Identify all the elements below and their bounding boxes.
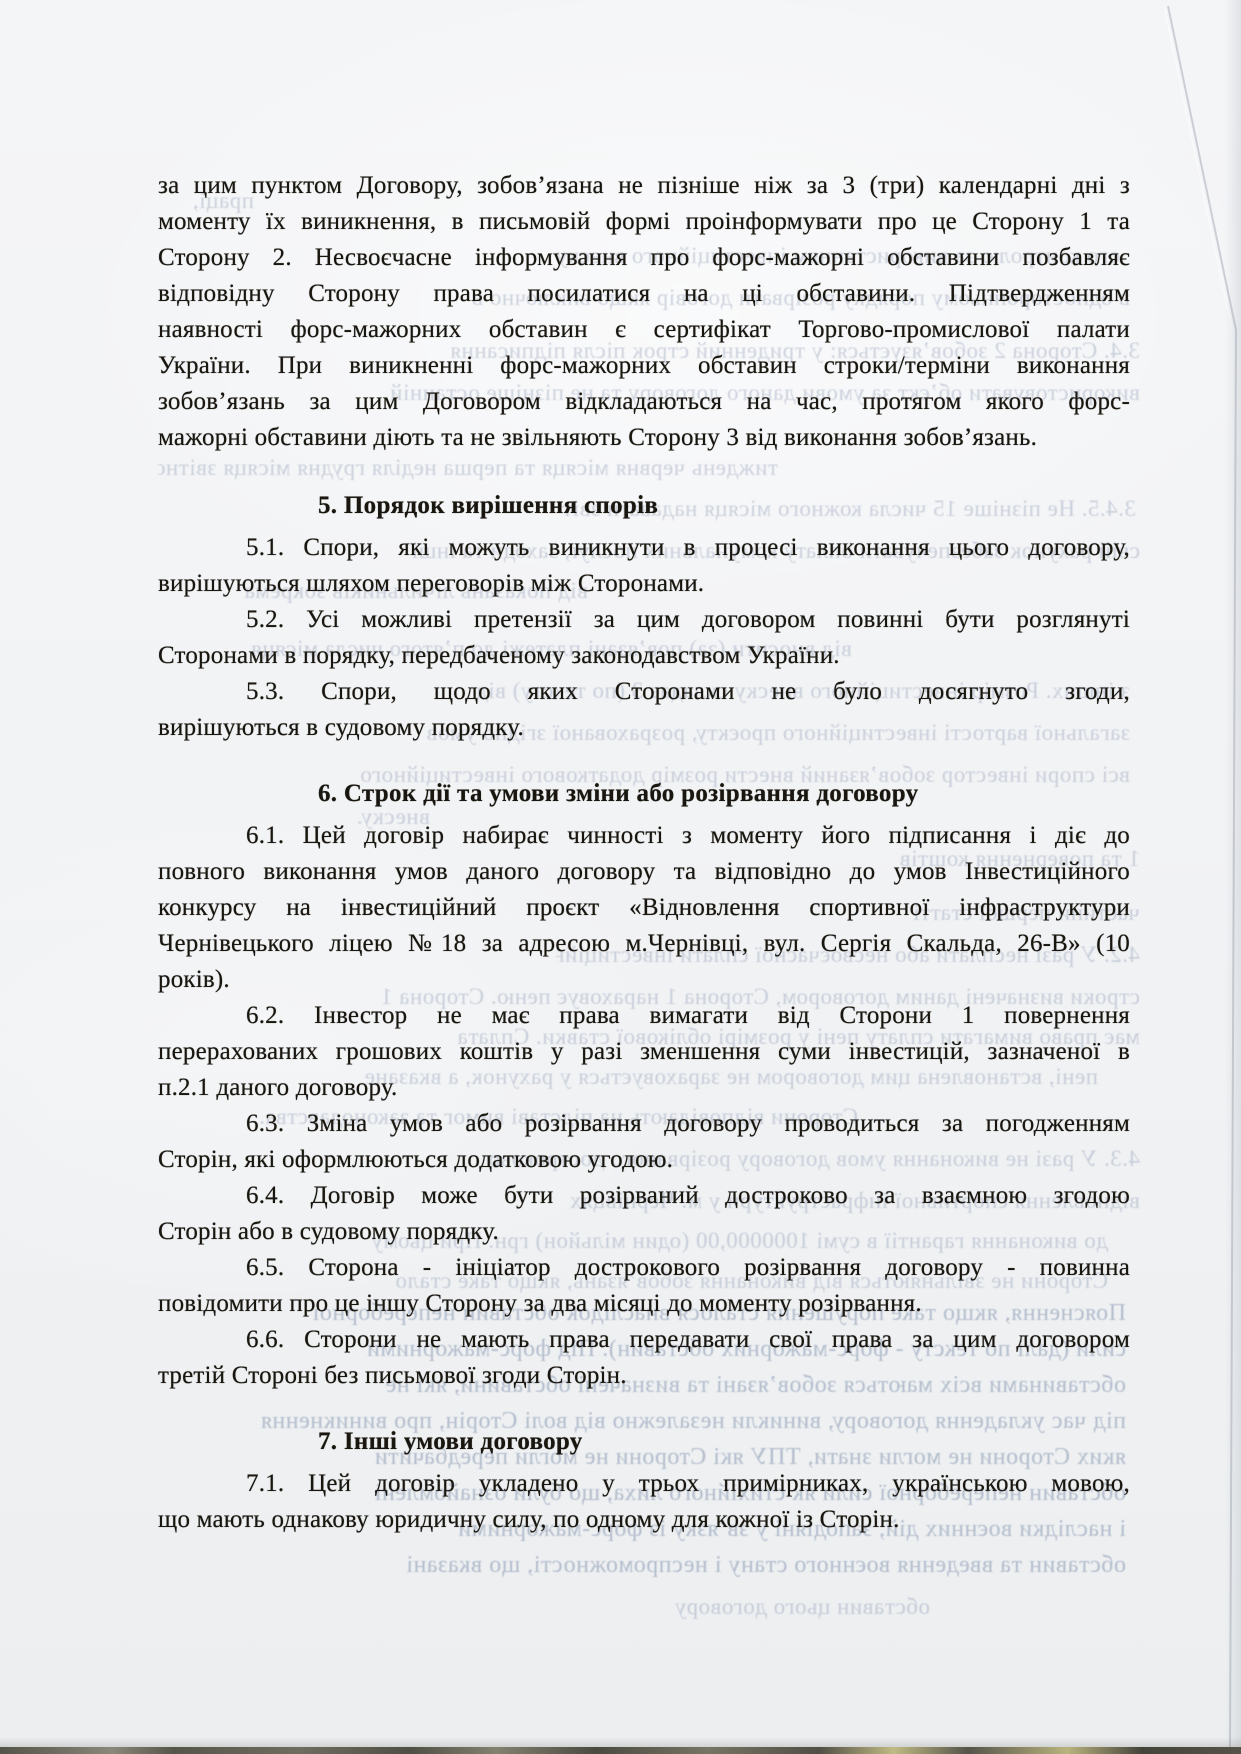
contract-paragraph: 6.1. Цей договір набирає чинності з моме… — [158, 818, 1130, 998]
contract-line: 6.5. Сторона - ініціатор дострокового ро… — [158, 1250, 1130, 1286]
contract-line: повного виконання умов даного договору т… — [158, 854, 1130, 890]
contract-line: 5.1. Спори, які можуть виникнути в проце… — [158, 530, 1130, 566]
contract-line: зобов’язань за цим Договором відкладають… — [158, 384, 1130, 420]
section-heading: 5. Порядок вирішення спорів — [158, 488, 1130, 524]
contract-line: повідомити про це іншу Сторону за два мі… — [158, 1286, 1130, 1322]
ghost-line: обставин та введення воєнного стану і не… — [126, 1552, 1126, 1578]
contract-paragraph: 6.4. Договір може бути розірваний достро… — [158, 1178, 1130, 1250]
contract-line: мажорні обставини діють та не звільняють… — [158, 420, 1130, 456]
contract-line: 7.1. Цей договір укладено у трьох примір… — [158, 1466, 1130, 1502]
contract-line: наявності форс-мажорних обставин є серти… — [158, 312, 1130, 348]
contract-paragraph: 5.2. Усі можливі претензії за цим догово… — [158, 602, 1130, 674]
contract-line: 6.3. Зміна умов або розірвання договору … — [158, 1106, 1130, 1142]
contract-line: 6.2. Інвестор не має права вимагати від … — [158, 998, 1130, 1034]
contract-line: Чернівецького ліцею №18 за адресою м.Чер… — [158, 926, 1130, 962]
contract-line: Сторонами в порядку, передбаченому закон… — [158, 638, 1130, 674]
contract-line: 5.3. Спори, щодо яких Сторонами не було … — [158, 674, 1130, 710]
scanned-document-screenshot: { "document_type": "scanned-contract-pag… — [0, 0, 1241, 1754]
contract-line: конкурсу на інвестиційний проєкт «Віднов… — [158, 890, 1130, 926]
scanned-page: праці,ого контролю за використанням інве… — [0, 0, 1241, 1754]
contract-line: України. При виникненні форс-мажорних об… — [158, 348, 1130, 384]
contract-line: 6.4. Договір може бути розірваний достро… — [158, 1178, 1130, 1214]
contract-line: вирішуються шляхом переговорів між Сторо… — [158, 566, 1130, 602]
contract-line: моменту їх виникнення, в письмовій формі… — [158, 204, 1130, 240]
contract-paragraph: 5.1. Спори, які можуть виникнути в проце… — [158, 530, 1130, 602]
contract-line: 6.1. Цей договір набирає чинності з моме… — [158, 818, 1130, 854]
section-heading: 6. Строк дії та умови зміни або розірван… — [158, 776, 1130, 812]
contract-text-layer: за цим пунктом Договору, зобов’язана не … — [158, 168, 1130, 1538]
contract-line: що мають однакову юридичну силу, по одно… — [158, 1502, 1130, 1538]
contract-paragraph: 6.6. Сторони не мають права передавати с… — [158, 1322, 1130, 1394]
contract-line: третій Стороні без письмової згоди Сторі… — [158, 1358, 1130, 1394]
contract-line: за цим пунктом Договору, зобов’язана не … — [158, 168, 1130, 204]
contract-line: Сторін, які оформлюються додатковою угод… — [158, 1142, 1130, 1178]
contract-line: відповідну Сторону права посилатися на ц… — [158, 276, 1130, 312]
contract-line: 5.2. Усі можливі претензії за цим догово… — [158, 602, 1130, 638]
contract-paragraph: 6.3. Зміна умов або розірвання договору … — [158, 1106, 1130, 1178]
contract-paragraph: 7.1. Цей договір укладено у трьох примір… — [158, 1466, 1130, 1538]
section-heading: 7. Інші умови договору — [158, 1424, 1130, 1460]
contract-paragraph: 6.5. Сторона - ініціатор дострокового ро… — [158, 1250, 1130, 1322]
contract-line: перерахованих грошових коштів у разі зме… — [158, 1034, 1130, 1070]
contract-line: Сторону 2. Несвоєчасне інформування про … — [158, 240, 1130, 276]
contract-paragraph: 6.2. Інвестор не має права вимагати від … — [158, 998, 1130, 1106]
contract-line: Сторін або в судовому порядку. — [158, 1214, 1130, 1250]
contract-line: вирішуються в судовому порядку. — [158, 710, 1130, 746]
contract-line: років). — [158, 962, 1130, 998]
contract-paragraph: за цим пунктом Договору, зобов’язана не … — [158, 168, 1130, 456]
ghost-line: обставин цього договору — [230, 1594, 930, 1620]
contract-line: 6.6. Сторони не мають права передавати с… — [158, 1322, 1130, 1358]
contract-line: п.2.1 даного договору. — [158, 1070, 1130, 1106]
contract-paragraph: 5.3. Спори, щодо яких Сторонами не було … — [158, 674, 1130, 746]
